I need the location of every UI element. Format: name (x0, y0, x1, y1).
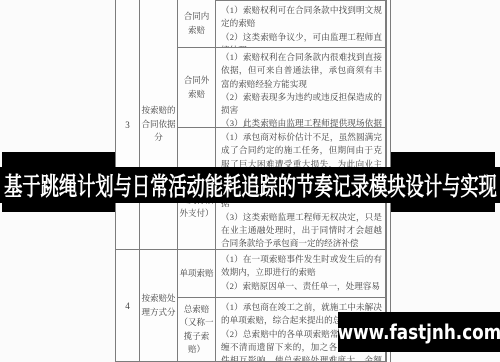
scanned-document-page: 3 按索赔的 合同依据 分 合同内 索赔 （1）索赔权利可在合同条款中找到明文规… (0, 0, 500, 362)
title-banner-text: 基于跳绳计划与日常活动能耗追踪的节奏记录模块设计与实现 (4, 167, 497, 203)
subcategory-cell: 总索赔 （又称一 揽子索 赔） (178, 298, 216, 362)
title-banner: 基于跳绳计划与日常活动能耗追踪的节奏记录模块设计与实现 (0, 167, 500, 203)
subcategory-cell: 合同外 索赔 (178, 48, 216, 128)
subcategory-cell: 单项索赔 (178, 250, 216, 298)
row-number-cell: 3 (116, 0, 140, 250)
category-cell: 按索赔处 理方式分 (140, 250, 178, 362)
description-cell: （1）在一项索赔事件发生时或发生后的有效期内，立即进行的索赔 （2）索赔原因单一… (216, 250, 386, 298)
watermark-box: www.fastjnh.com (338, 312, 500, 352)
description-cell: （1）索赔权利可在合同条款中找到明文规定的索赔 （2）这类索赔争议少，可由监理工… (216, 0, 386, 48)
description-cell: （1）索赔权利在合同条款内很难找到直接依据，但可来自普通法律，承包商须有丰富的索… (216, 48, 386, 128)
watermark-text: www.fastjnh.com (338, 320, 500, 344)
category-cell: 按索赔的 合同依据 分 (140, 0, 178, 250)
subcategory-cell: 合同内 索赔 (178, 0, 216, 48)
row-number-cell: 4 (116, 250, 140, 362)
